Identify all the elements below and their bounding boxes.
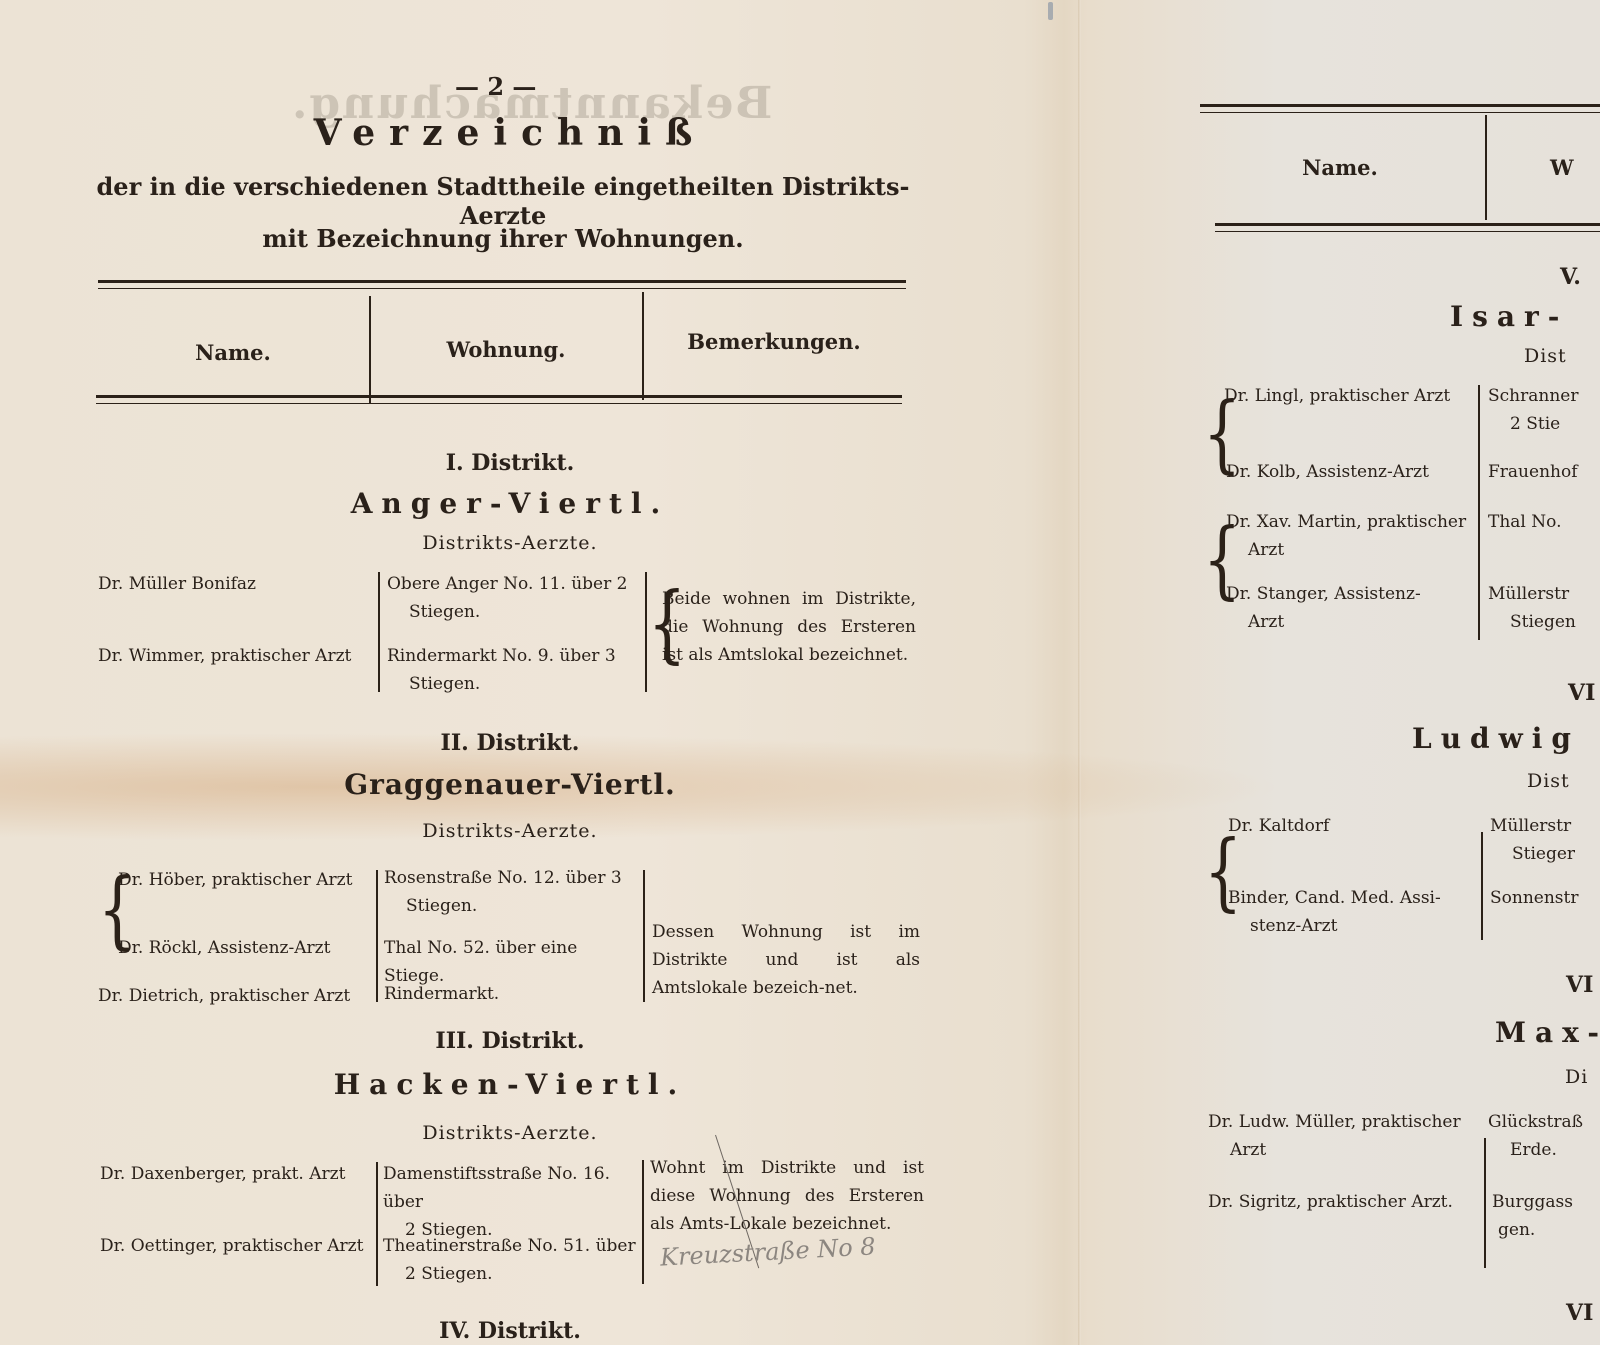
page-number: — 2 — (455, 72, 536, 101)
quarter-name: Ludwig (1412, 722, 1600, 755)
document-title: Verzeichniß (300, 112, 720, 154)
header-name: Name. (1240, 155, 1440, 180)
doctor-name: Dr. Höber, praktischer Arzt (118, 866, 373, 894)
address-line: Obere Anger No. 11. über 2 (387, 574, 627, 594)
doctor-name: Dr. Sigritz, praktischer Arzt. (1208, 1188, 1483, 1216)
header-bottom-rule (96, 395, 902, 404)
name-continuation: Arzt (1226, 536, 1481, 564)
district-number: II. Distrikt. (360, 730, 660, 756)
address-continuation: gen. (1492, 1216, 1600, 1244)
district-number: VI (1568, 680, 1600, 706)
doctor-address: Thal No. (1488, 508, 1600, 536)
name-line: Dr. Stanger, Assistenz- (1226, 584, 1421, 604)
doctor-name: Dr. Kolb, Assistenz-Arzt (1226, 458, 1481, 486)
column-divider (1484, 1138, 1486, 1268)
address-line: Theatinerstraße No. 51. über (383, 1236, 636, 1256)
quarter-name: Hacken-Viertl. (300, 1068, 720, 1101)
address-continuation: Stiegen. (384, 892, 639, 920)
district-subheading: Distrikts-Aerzte. (360, 1122, 660, 1144)
header-bemerkungen: Bemerkungen. (644, 329, 904, 354)
district-subheading: Distrikts-Aerzte. (360, 532, 660, 554)
name-continuation: stenz-Arzt (1228, 912, 1483, 940)
doctor-address: Frauenhof (1488, 458, 1600, 486)
doctor-address: Rindermarkt No. 9. über 3 Stiegen. (387, 642, 639, 698)
district-subheading: Distrikts-Aerzte. (360, 820, 660, 842)
document-subtitle-line2: mit Bezeichnung ihrer Wohnungen. (88, 224, 918, 253)
doctor-name: Dr. Ludw. Müller, praktischer Arzt (1208, 1108, 1483, 1164)
quarter-name: Max- (1495, 1016, 1600, 1049)
address-continuation: Stieger (1490, 840, 1600, 868)
doctor-name: Dr. Dietrich, praktischer Arzt (98, 982, 373, 1010)
address-continuation: Stiegen. (387, 598, 639, 626)
district-number: IV. Distrikt. (360, 1318, 660, 1344)
address-line: Rosenstraße No. 12. über 3 (384, 868, 622, 888)
doctor-address: Rindermarkt. (384, 980, 639, 1008)
address-line: Burggass (1492, 1192, 1573, 1212)
address-line: Damenstiftsstraße No. 16. über (383, 1164, 610, 1212)
header-bottom-rule (1215, 223, 1600, 232)
address-continuation: Stiegen (1488, 608, 1600, 636)
district-number: VI (1566, 1300, 1600, 1326)
district-remark: Dessen Wohnung ist im Distrikte und ist … (652, 918, 920, 1002)
address-line: Müllerstr (1490, 816, 1571, 836)
doctor-name: Dr. Oettinger, praktischer Arzt (100, 1232, 372, 1260)
address-line: Glückstraß (1488, 1112, 1583, 1132)
doctor-address: Rosenstraße No. 12. über 3 Stiegen. (384, 864, 639, 920)
doctor-name: Dr. Röckl, Assistenz-Arzt (118, 934, 373, 962)
address-line: Müllerstr (1488, 584, 1569, 604)
address-continuation: 2 Stie (1488, 410, 1600, 438)
quarter-name: Anger-Viertl. (300, 487, 720, 520)
doctor-address: Glückstraß Erde. (1488, 1108, 1600, 1164)
address-line: Schranner (1488, 386, 1578, 406)
header-top-rule (1200, 104, 1600, 113)
doctor-name: Dr. Daxenberger, prakt. Arzt (100, 1160, 372, 1188)
district-number: V. (1560, 264, 1600, 290)
document-subtitle-line1: der in die verschiedenen Stadttheile ein… (88, 172, 918, 230)
column-divider (376, 870, 378, 1002)
doctor-name: Dr. Lingl, praktischer Arzt (1224, 382, 1479, 410)
doctor-name: Dr. Wimmer, praktischer Arzt (98, 642, 373, 670)
district-number: VI (1566, 972, 1600, 998)
page-fold (1078, 0, 1081, 1345)
doctor-name: Dr. Kaltdorf (1228, 812, 1483, 840)
name-line: Dr. Xav. Martin, praktischer (1226, 512, 1466, 532)
name-continuation: Arzt (1226, 608, 1481, 636)
column-divider (643, 870, 645, 1002)
column-divider (645, 572, 647, 692)
quarter-name: Isar- (1450, 300, 1600, 333)
column-divider (642, 1160, 644, 1284)
district-subheading: Di (1565, 1066, 1600, 1088)
doctor-address: Theatinerstraße No. 51. über 2 Stiegen. (383, 1232, 639, 1288)
doctor-address: Obere Anger No. 11. über 2 Stiegen. (387, 570, 639, 626)
doctor-name: Dr. Xav. Martin, praktischer Arzt (1226, 508, 1481, 564)
district-number: III. Distrikt. (360, 1028, 660, 1054)
district-remark: Wohnt im Distrikte und ist diese Wohnung… (650, 1154, 924, 1238)
header-top-rule (98, 280, 906, 289)
doctor-address: Sonnenstr (1490, 884, 1600, 912)
doctor-name: Dr. Stanger, Assistenz- Arzt (1226, 580, 1481, 636)
quarter-name: Graggenauer-Viertl. (290, 768, 730, 801)
doctor-address: Müllerstr Stieger (1490, 812, 1600, 868)
district-subheading: Dist (1524, 345, 1600, 367)
address-line: Rindermarkt No. 9. über 3 (387, 646, 616, 666)
clip-mark (1048, 2, 1053, 20)
district-subheading: Dist (1527, 770, 1600, 792)
doctor-address: Schranner 2 Stie (1488, 382, 1600, 438)
column-divider (376, 1162, 378, 1286)
doctor-address: Müllerstr Stiegen (1488, 580, 1600, 636)
header-name: Name. (98, 340, 368, 365)
doctor-name: Binder, Cand. Med. Assi- stenz-Arzt (1228, 884, 1483, 940)
name-continuation: Arzt (1208, 1136, 1483, 1164)
district-number: I. Distrikt. (360, 450, 660, 476)
header-wohnung-partial: W (1550, 155, 1600, 180)
address-continuation: Erde. (1488, 1136, 1600, 1164)
address-continuation: 2 Stiegen. (383, 1260, 639, 1288)
doctor-name: Dr. Müller Bonifaz (98, 570, 373, 598)
district-remark: Beide wohnen im Distrikte, die Wohnung d… (662, 585, 916, 669)
header-divider (1485, 115, 1487, 220)
column-divider (378, 572, 380, 692)
doctor-address: Burggass gen. (1492, 1188, 1600, 1244)
name-line: Binder, Cand. Med. Assi- (1228, 888, 1441, 908)
address-continuation: Stiegen. (387, 670, 639, 698)
header-wohnung: Wohnung. (370, 337, 642, 362)
name-line: Dr. Ludw. Müller, praktischer (1208, 1112, 1461, 1132)
